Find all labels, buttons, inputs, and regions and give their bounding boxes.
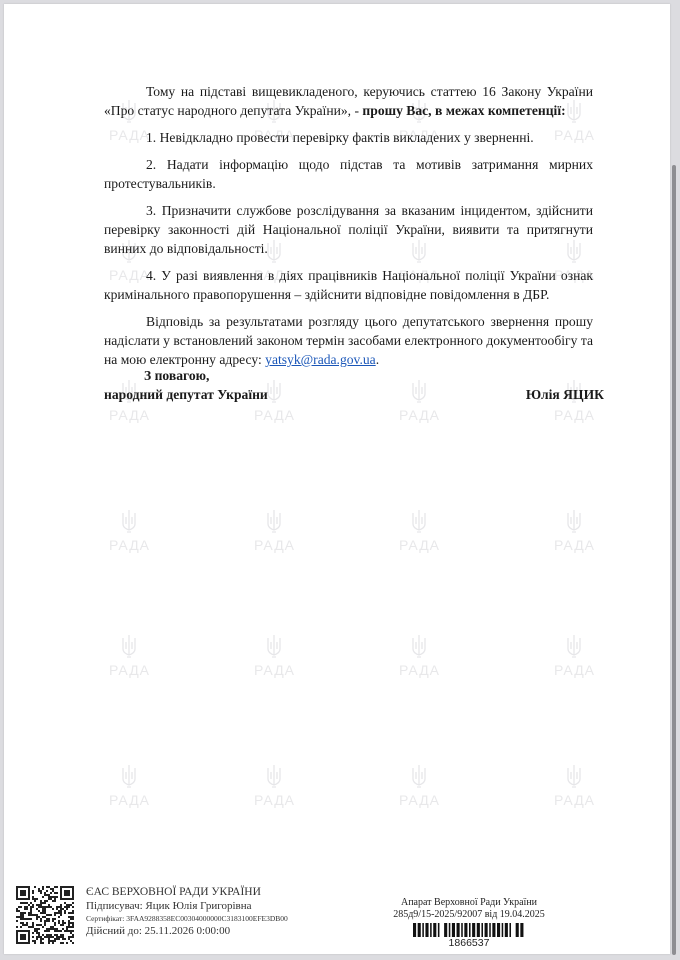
barcode-icon — [413, 923, 525, 937]
watermark-trident-icon: РАДА — [109, 509, 149, 553]
request-item-3: 3. Призначити службове розслідування за … — [104, 201, 593, 258]
watermark-trident-icon: РАДА — [554, 509, 594, 553]
registration-org: Апарат Верховної Ради України — [384, 897, 554, 909]
registration-stamp: Апарат Верховної Ради України 285д9/15-2… — [384, 897, 554, 949]
intro-request: прошу Вас, в межах компетенції: — [362, 103, 565, 118]
intro-paragraph: Тому на підставі вищевикладеного, керуюч… — [104, 82, 593, 120]
request-item-4: 4. У разі виявлення в діях працівників Н… — [104, 266, 593, 304]
watermark-trident-icon: РАДА — [554, 634, 594, 678]
e-signature-signer: Підписувач: Яцик Юлія Григорівна — [86, 900, 288, 914]
e-signature-valid-until: Дійсний до: 25.11.2026 0:00:00 — [86, 925, 288, 939]
qr-code-icon — [16, 886, 74, 944]
watermark-trident-icon: РАДА — [254, 509, 294, 553]
watermark-trident-icon: РАДА — [399, 509, 439, 553]
reply-paragraph: Відповідь за результатами розгляду цього… — [104, 312, 593, 369]
signature-name: Юлія ЯЦИК — [526, 385, 604, 404]
request-item-1: 1. Невідкладно провести перевірку фактів… — [104, 128, 593, 147]
e-signature-certificate: Сертифікат: 3FAA9288358EC00304000000C318… — [86, 913, 288, 925]
signature-greeting: З повагою, — [104, 366, 604, 385]
watermark-trident-icon: РАДА — [254, 764, 294, 808]
reply-end: . — [376, 352, 379, 367]
email-link[interactable]: yatsyk@rada.gov.ua — [265, 352, 376, 367]
watermark-trident-icon: РАДА — [399, 764, 439, 808]
barcode-number: 1866537 — [384, 937, 554, 949]
watermark-trident-icon: РАДА — [109, 764, 149, 808]
e-signature-system: ЄАС ВЕРХОВНОЇ РАДИ УКРАЇНИ — [86, 886, 288, 900]
document-body: Тому на підставі вищевикладеного, керуюч… — [104, 82, 593, 377]
registration-number: 285д9/15-2025/92007 від 19.04.2025 — [384, 909, 554, 921]
watermark-trident-icon: РАДА — [399, 634, 439, 678]
request-item-2: 2. Надати інформацію щодо підстав та мот… — [104, 155, 593, 193]
vertical-scrollbar[interactable] — [672, 165, 676, 955]
watermark-trident-icon: РАДА — [554, 764, 594, 808]
watermark-trident-icon: РАДА — [109, 634, 149, 678]
signature-block: З повагою, народний депутат України Юлія… — [104, 366, 604, 404]
watermark-trident-icon: РАДА — [254, 634, 294, 678]
e-signature-details: ЄАС ВЕРХОВНОЇ РАДИ УКРАЇНИ Підписувач: Я… — [86, 886, 288, 939]
document-page: РАДАРАДАРАДАРАДАРАДАРАДАРАДАРАДАРАДАРАДА… — [4, 4, 670, 954]
e-signature-stamp: ЄАС ВЕРХОВНОЇ РАДИ УКРАЇНИ Підписувач: Я… — [16, 886, 288, 944]
